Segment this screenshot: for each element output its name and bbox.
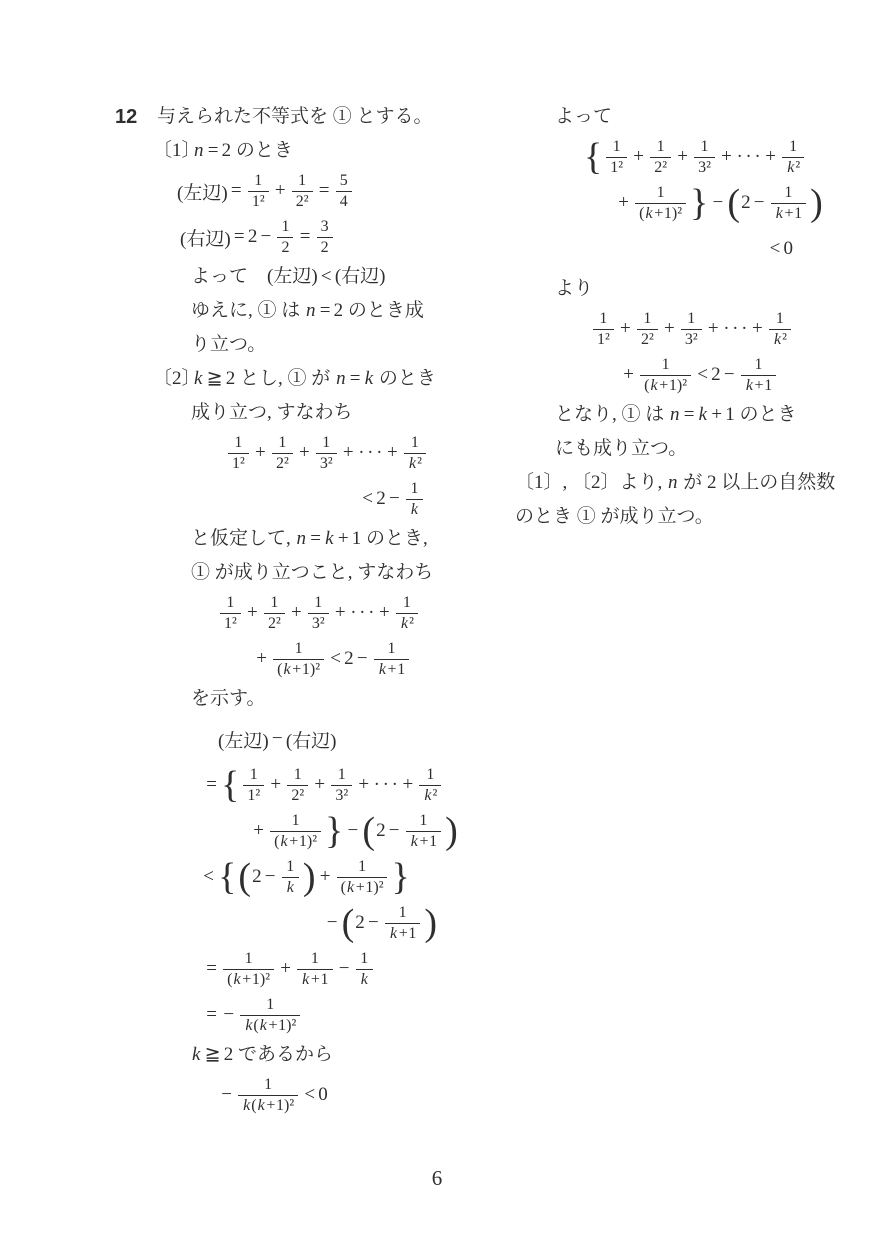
fraction-denominator: 1²	[220, 614, 241, 634]
fraction: 1k+1	[771, 183, 806, 224]
math-variable: k	[410, 833, 419, 850]
fraction: 12	[277, 217, 293, 258]
line-content: と仮定して, n=k+1 のとき,	[191, 528, 428, 549]
fraction-denominator: k	[406, 500, 423, 520]
fraction-denominator: (k+1)²	[635, 204, 686, 224]
math-variable: k	[786, 159, 795, 176]
math-run: 2−	[252, 866, 279, 888]
fraction-denominator: k	[356, 970, 373, 990]
math-operator: +	[266, 1097, 275, 1114]
math-operator: −	[261, 226, 272, 247]
big-delimiter: (	[362, 812, 375, 850]
fraction-denominator: 2²	[637, 330, 658, 350]
math-variable: k	[244, 1017, 253, 1034]
fraction: 13²	[331, 765, 352, 806]
math-run: n=k+1	[669, 404, 735, 425]
fraction-numerator: 1	[273, 639, 324, 660]
math-run: +	[252, 442, 269, 464]
fraction-denominator: k(k+1)²	[240, 1016, 300, 1036]
math-operator: −	[223, 1004, 234, 1025]
math-run: 2−	[376, 820, 403, 842]
fraction-denominator: k+1	[406, 832, 441, 852]
text-run: のとき,	[361, 528, 428, 549]
fraction: 12²	[287, 765, 308, 806]
math-line: (右辺)=2−12=32	[180, 214, 461, 260]
fraction: 13²	[308, 593, 329, 634]
big-delimiter: )	[445, 812, 458, 850]
math-variable: k	[410, 501, 419, 518]
fraction: 1(k+1)²	[273, 639, 324, 680]
math-operator: +	[633, 146, 644, 167]
math-operator: +	[256, 648, 267, 669]
math-variable: k	[282, 661, 291, 678]
fraction: 13²	[681, 309, 702, 350]
math-operator: +	[387, 442, 398, 463]
fraction-numerator: 1	[404, 433, 426, 454]
fraction: 1k+1	[374, 639, 409, 680]
math-operator: +	[311, 971, 320, 988]
math-operator: −	[221, 1084, 232, 1105]
math-operator: −	[347, 820, 358, 841]
fraction: 12²	[650, 137, 671, 178]
math-run: +	[272, 180, 289, 202]
math-run: +	[316, 866, 333, 888]
math-run: <0	[301, 1084, 328, 1106]
big-delimiter: )	[424, 904, 437, 942]
math-variable: k	[360, 971, 369, 988]
math-operator: =	[231, 180, 242, 201]
line-content: 与えられた不等式を ① とする。	[157, 100, 433, 134]
fraction-numerator: 1	[419, 765, 441, 786]
math-run: k≧2	[193, 368, 235, 389]
fraction-numerator: 1	[406, 479, 423, 500]
fraction-denominator: 1²	[606, 158, 627, 178]
text-run: (右辺)	[180, 224, 231, 251]
fraction-numerator: 1	[223, 949, 274, 970]
fraction-denominator: k²	[396, 614, 418, 634]
math-variable: k	[259, 1017, 268, 1034]
text-line: ① が成り立つこと, すなわち	[191, 556, 461, 590]
math-variable: n	[335, 368, 347, 389]
fraction-numerator: 1	[248, 171, 269, 192]
math-run: −	[336, 958, 353, 980]
math-operator: +	[784, 205, 793, 222]
math-line: 11²+12²+13²+···+1k²	[225, 430, 461, 476]
math-run: +···+	[340, 442, 401, 464]
math-line: −(2−1k+1)	[115, 900, 438, 946]
math-operator: =	[206, 958, 217, 979]
text-run: と仮定して,	[191, 528, 296, 549]
fraction: 1k(k+1)²	[240, 995, 300, 1036]
math-run: n	[667, 472, 679, 493]
text-line: と仮定して, n=k+1 のとき,	[191, 522, 461, 556]
math-operator: −	[389, 820, 400, 841]
ellipsis-dot: ·	[732, 318, 738, 339]
math-operator: −	[339, 958, 350, 979]
fraction-denominator: (k+1)²	[337, 878, 388, 898]
math-run: n=k+1	[296, 528, 362, 549]
fraction: 1(k+1)²	[635, 183, 686, 224]
big-delimiter: )	[810, 184, 823, 222]
big-delimiter: )	[303, 858, 316, 896]
math-operator: −	[272, 728, 283, 749]
fraction-denominator: 1²	[248, 192, 269, 212]
math-operator: +	[677, 146, 688, 167]
text-line: 〔1〕n=2 のとき	[153, 134, 461, 168]
math-run: +	[630, 146, 647, 168]
text-run: 与えられた不等式を ① とする。	[157, 106, 433, 127]
text-line: k≧2 であるから	[191, 1038, 461, 1072]
problem-number: 12	[115, 100, 157, 134]
fraction-numerator: 1	[331, 765, 352, 786]
fraction-numerator: 1	[782, 137, 804, 158]
fraction-numerator: 1	[741, 355, 776, 376]
math-operator: +	[711, 404, 722, 425]
line-content: を示す。	[191, 688, 265, 709]
math-variable: k	[400, 615, 409, 632]
math-run: 2−	[741, 192, 768, 214]
fraction-denominator: 2²	[264, 614, 285, 634]
math-line: +1(k+1)²<2−1k+1	[253, 636, 461, 682]
math-operator: +	[275, 180, 286, 201]
line-content: 〔1〕, 〔2〕より, n が 2 以上の自然数	[515, 472, 835, 493]
text-run: (左辺)	[267, 266, 318, 287]
math-run: +	[615, 192, 632, 214]
item-marker: 〔1〕	[153, 134, 193, 168]
math-operator: −	[724, 364, 735, 385]
math-run: +	[244, 602, 261, 624]
text-line: にも成り立つ。	[555, 432, 833, 466]
math-run: +	[674, 146, 691, 168]
fraction-denominator: k+1	[771, 204, 806, 224]
fraction: 1k²	[769, 309, 791, 350]
fraction: 11²	[228, 433, 249, 474]
fraction-numerator: 1	[270, 811, 321, 832]
math-operator: +	[399, 925, 408, 942]
fraction-denominator: 3²	[694, 158, 715, 178]
math-variable: n	[296, 528, 308, 549]
fraction-numerator: 1	[272, 433, 293, 454]
math-operator: =	[300, 226, 311, 247]
fraction-denominator: k²	[782, 158, 804, 178]
fraction-numerator: 1	[374, 639, 409, 660]
ellipsis-dot: ·	[392, 774, 398, 795]
math-operator: +	[268, 1017, 277, 1034]
ellipsis-dot: ·	[736, 146, 742, 167]
fraction-numerator: 1	[356, 949, 373, 970]
fraction: 11²	[606, 137, 627, 178]
math-run: +	[661, 318, 678, 340]
math-run: <	[318, 266, 335, 287]
fraction-numerator: 1	[637, 309, 658, 330]
math-operator: =	[310, 528, 321, 549]
fraction-denominator: k²	[419, 786, 441, 806]
math-variable: k	[364, 368, 374, 389]
text-run: にも成り立つ。	[555, 438, 687, 459]
math-variable: k	[193, 368, 203, 389]
text-run: のとき	[735, 404, 797, 425]
math-run: +···+	[332, 602, 393, 624]
math-operator: =	[208, 140, 219, 161]
math-run: −	[269, 728, 286, 750]
line-content: n=2 のとき	[193, 134, 293, 168]
math-line: +1(k+1)²<2−1k+1	[620, 352, 833, 398]
math-line: +1(k+1)²}−(2−1k+1)	[615, 180, 833, 226]
math-operator: +	[388, 661, 397, 678]
math-operator: +	[618, 192, 629, 213]
math-variable: n	[669, 404, 681, 425]
text-line: り立つ。	[191, 328, 461, 362]
math-operator: +	[755, 377, 764, 394]
math-operator: =	[206, 1004, 217, 1025]
math-line: <0	[515, 226, 793, 272]
math-run: +	[296, 442, 313, 464]
fraction-numerator: 1	[337, 857, 388, 878]
fraction: 12²	[292, 171, 313, 212]
text-run: (左辺)	[177, 178, 228, 205]
fraction-denominator: k+1	[741, 376, 776, 396]
big-delimiter: }	[690, 184, 708, 222]
fraction-denominator: k²	[404, 454, 426, 474]
math-run: n=k	[335, 368, 374, 389]
text-run: のとき成	[343, 300, 424, 321]
fraction: 1k+1	[385, 903, 420, 944]
math-run: +	[617, 318, 634, 340]
math-operator: +	[708, 318, 719, 339]
fraction-numerator: 1	[238, 1075, 298, 1096]
math-run: =	[203, 958, 220, 980]
math-run: <2−	[694, 364, 738, 386]
math-variable: k	[698, 404, 708, 425]
math-operator: +	[242, 971, 251, 988]
fraction: 54	[336, 171, 352, 212]
fraction-denominator: (k+1)²	[223, 970, 274, 990]
fraction: 13²	[316, 433, 337, 474]
big-delimiter: }	[391, 858, 409, 896]
line-content: より	[555, 278, 593, 299]
math-operator: =	[320, 300, 331, 321]
math-operator: +	[620, 318, 631, 339]
ellipsis-dot: ·	[741, 318, 747, 339]
fraction-denominator: 3²	[681, 330, 702, 350]
text-line: よって (左辺)<(右辺)	[191, 260, 461, 294]
text-line: 〔2〕k≧2 とし, ① が n=k のとき	[153, 362, 461, 396]
math-operator: +	[752, 318, 763, 339]
math-operator: +	[338, 528, 349, 549]
math-variable: k	[745, 377, 754, 394]
math-operator: <	[770, 238, 781, 259]
fraction-numerator: 1	[282, 857, 299, 878]
text-run: (右辺)	[335, 266, 386, 287]
math-operator: +	[299, 442, 310, 463]
text-run: であるから	[233, 1044, 333, 1065]
math-operator: +	[659, 377, 668, 394]
line-content: 成り立つ, すなわち	[191, 402, 353, 423]
big-delimiter: }	[325, 812, 343, 850]
fraction-denominator: 3²	[331, 786, 352, 806]
math-variable: k	[649, 377, 658, 394]
fraction-numerator: 3	[317, 217, 333, 238]
fraction-denominator: (k+1)²	[640, 376, 691, 396]
math-operator: <	[321, 266, 332, 287]
math-variable: k	[389, 925, 398, 942]
fraction-denominator: 1²	[593, 330, 614, 350]
fraction-numerator: 1	[650, 137, 671, 158]
math-operator: +	[270, 774, 281, 795]
fraction-numerator: 1	[220, 593, 241, 614]
fraction-numerator: 1	[640, 355, 691, 376]
fraction: 1k(k+1)²	[238, 1075, 298, 1116]
math-variable: k	[346, 879, 355, 896]
math-operator: −	[368, 912, 379, 933]
fraction-denominator: (k+1)²	[273, 660, 324, 680]
math-run: <	[200, 866, 217, 888]
ellipsis-dot: ·	[754, 146, 760, 167]
fraction-denominator: 4	[336, 192, 352, 212]
text-run: よって	[555, 106, 612, 127]
fraction: 11²	[243, 765, 264, 806]
math-operator: <	[362, 488, 373, 509]
math-run: +	[620, 364, 637, 386]
fraction-denominator: 2²	[292, 192, 313, 212]
math-operator: +	[343, 442, 354, 463]
math-run: +	[250, 820, 267, 842]
fraction: 1k	[356, 949, 373, 990]
math-run: n=2	[193, 140, 231, 161]
fraction: 1(k+1)²	[223, 949, 274, 990]
math-run: <2−	[327, 648, 371, 670]
line-content: k≧2 とし, ① が n=k のとき	[193, 362, 436, 396]
fraction-numerator: 1	[385, 903, 420, 924]
fraction-denominator: k(k+1)²	[238, 1096, 298, 1116]
math-variable: k	[378, 661, 387, 678]
text-run: ゆえに, ① は	[191, 300, 305, 321]
math-variable: n	[305, 300, 317, 321]
math-variable: k	[644, 205, 653, 222]
math-variable: k	[279, 833, 288, 850]
item-marker: 〔2〕	[153, 362, 193, 396]
fraction-denominator: k+1	[297, 970, 332, 990]
math-operator: +	[623, 364, 634, 385]
math-line: =−1k(k+1)²	[203, 992, 461, 1038]
math-variable: k	[191, 1044, 201, 1065]
ellipsis-dot: ·	[359, 602, 365, 623]
math-run: +	[267, 774, 284, 796]
math-operator: +	[356, 879, 365, 896]
fraction: 1k²	[396, 593, 418, 634]
fraction-numerator: 1	[316, 433, 337, 454]
big-delimiter: (	[238, 858, 251, 896]
math-variable: k	[242, 1097, 251, 1114]
fraction-numerator: 1	[593, 309, 614, 330]
fraction-denominator: k	[282, 878, 299, 898]
math-variable: k	[423, 787, 432, 804]
math-run: +···+	[705, 318, 766, 340]
math-line: (左辺)=11²+12²=54	[177, 168, 461, 214]
math-line: 11²+12²+13²+···+1k²	[217, 590, 461, 636]
fraction-denominator: 2²	[272, 454, 293, 474]
big-delimiter: (	[727, 184, 740, 222]
math-line: <2−1k	[115, 476, 426, 522]
math-line: <{(2−1k)+1(k+1)²}	[200, 854, 461, 900]
ellipsis-dot: ·	[745, 146, 751, 167]
text-line: となり, ① は n=k+1 のとき	[555, 398, 833, 432]
fraction-numerator: 1	[264, 593, 285, 614]
math-line: 11²+12²+13²+···+1k²	[590, 306, 833, 352]
text-run: (右辺)	[286, 726, 337, 753]
math-run: <0	[766, 238, 793, 260]
line-content: よって (左辺)<(右辺)	[191, 266, 385, 287]
math-variable: k	[775, 205, 784, 222]
text-line: を示す。	[191, 682, 461, 716]
text-run: より	[555, 278, 593, 299]
line-content: にも成り立つ。	[555, 438, 687, 459]
fraction: 1(k+1)²	[337, 857, 388, 898]
fraction-denominator: k+1	[385, 924, 420, 944]
math-variable: k	[324, 528, 334, 549]
math-operator: +	[419, 833, 428, 850]
ellipsis-dot: ·	[350, 602, 356, 623]
math-operator: +	[291, 602, 302, 623]
text-line: よって	[555, 100, 833, 134]
math-operator: −	[265, 866, 276, 887]
fraction-denominator: 3²	[316, 454, 337, 474]
math-operator: <	[697, 364, 708, 385]
text-line: ゆえに, ① は n=2 のとき成	[191, 294, 461, 328]
fraction: 32	[317, 217, 333, 258]
fraction-numerator: 1	[240, 995, 300, 1016]
ellipsis-dot: ·	[368, 602, 374, 623]
ellipsis-dot: ·	[376, 442, 382, 463]
text-run: のとき	[374, 368, 436, 389]
text-run: 成り立つ, すなわち	[191, 402, 353, 423]
math-run: +	[311, 774, 328, 796]
math-line: ={11²+12²+13²+···+1k²	[203, 762, 461, 808]
text-run: (左辺)	[218, 726, 269, 753]
math-operator: <	[330, 648, 341, 669]
column-left: 12与えられた不等式を ① とする。〔1〕n=2 のとき(左辺)=11²+12²…	[115, 100, 461, 1118]
fraction: 12²	[637, 309, 658, 350]
fraction: 11²	[220, 593, 241, 634]
text-run: のとき	[231, 140, 293, 161]
fraction-denominator: k²	[769, 330, 791, 350]
fraction: 1(k+1)²	[270, 811, 321, 852]
fraction-denominator: 2	[277, 238, 293, 258]
text-run: ① が成り立つこと, すなわち	[191, 562, 433, 583]
fraction-numerator: 1	[771, 183, 806, 204]
text-run: を示す。	[191, 688, 265, 709]
fraction-denominator: 1²	[243, 786, 264, 806]
math-operator: =	[319, 180, 330, 201]
math-operator: =	[206, 774, 217, 795]
big-delimiter: {	[584, 138, 602, 176]
ellipsis-dot: ·	[374, 774, 380, 795]
math-operator: <	[203, 866, 214, 887]
math-operator: +	[721, 146, 732, 167]
text-line: 12与えられた不等式を ① とする。	[115, 100, 461, 134]
math-run: =−	[203, 1004, 237, 1026]
text-run: とし, ① が	[235, 368, 335, 389]
math-operator: <	[304, 1084, 315, 1105]
math-line: =1(k+1)²+1k+1−1k	[203, 946, 461, 992]
math-operator: +	[314, 774, 325, 795]
math-operator: =	[684, 404, 695, 425]
math-run: +	[253, 648, 270, 670]
math-operator: −	[754, 192, 765, 213]
math-variable: k	[257, 1097, 266, 1114]
fraction-denominator: 3²	[308, 614, 329, 634]
math-run: −	[344, 820, 361, 842]
